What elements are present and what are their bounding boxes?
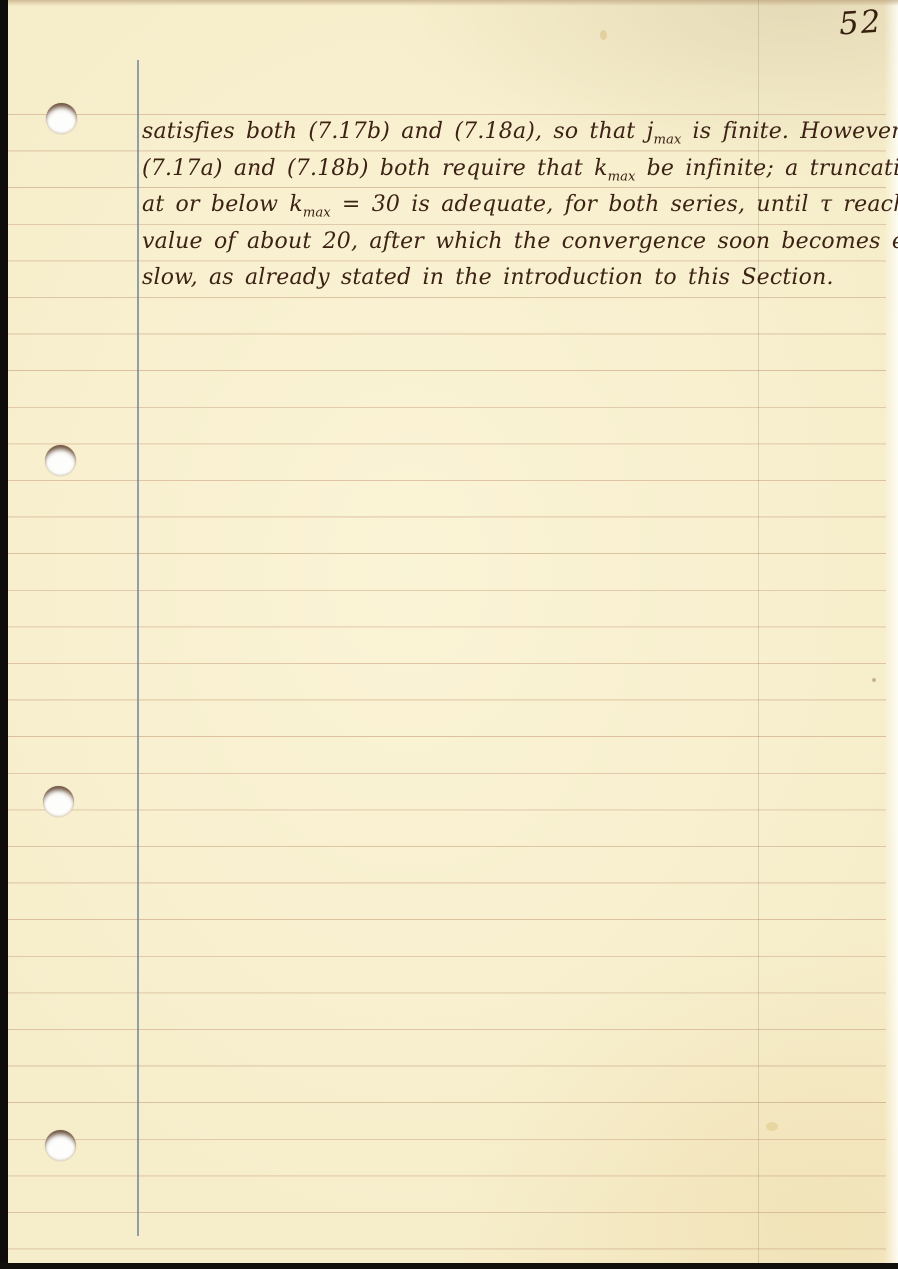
paper-speck <box>872 678 876 682</box>
paper-speck <box>600 30 607 40</box>
punch-hole <box>45 1130 76 1161</box>
paper-speck <box>766 1122 778 1131</box>
punch-hole <box>43 786 74 817</box>
punch-hole <box>46 103 77 134</box>
scan-edge-bottom <box>0 1263 898 1269</box>
handwriting-line: satisfies both (7.17b) and (7.18a), so t… <box>142 114 894 151</box>
scanned-notebook-page: 52 satisfies both (7.17b) and (7.18a), s… <box>0 0 898 1269</box>
handwriting-line: slow, as already stated in the introduct… <box>142 260 894 297</box>
page-number: 52 <box>837 4 883 43</box>
handwritten-paragraph: satisfies both (7.17b) and (7.18a), so t… <box>142 114 894 297</box>
margin-line <box>137 60 139 1236</box>
punch-hole <box>45 445 76 476</box>
handwriting-line: at or below kmax = 30 is adequate, for b… <box>142 187 894 224</box>
paper-speck <box>254 168 258 172</box>
handwriting-line: value of about 20, after which the conve… <box>142 224 894 261</box>
notebook-paper: 52 satisfies both (7.17b) and (7.18a), s… <box>8 0 898 1264</box>
